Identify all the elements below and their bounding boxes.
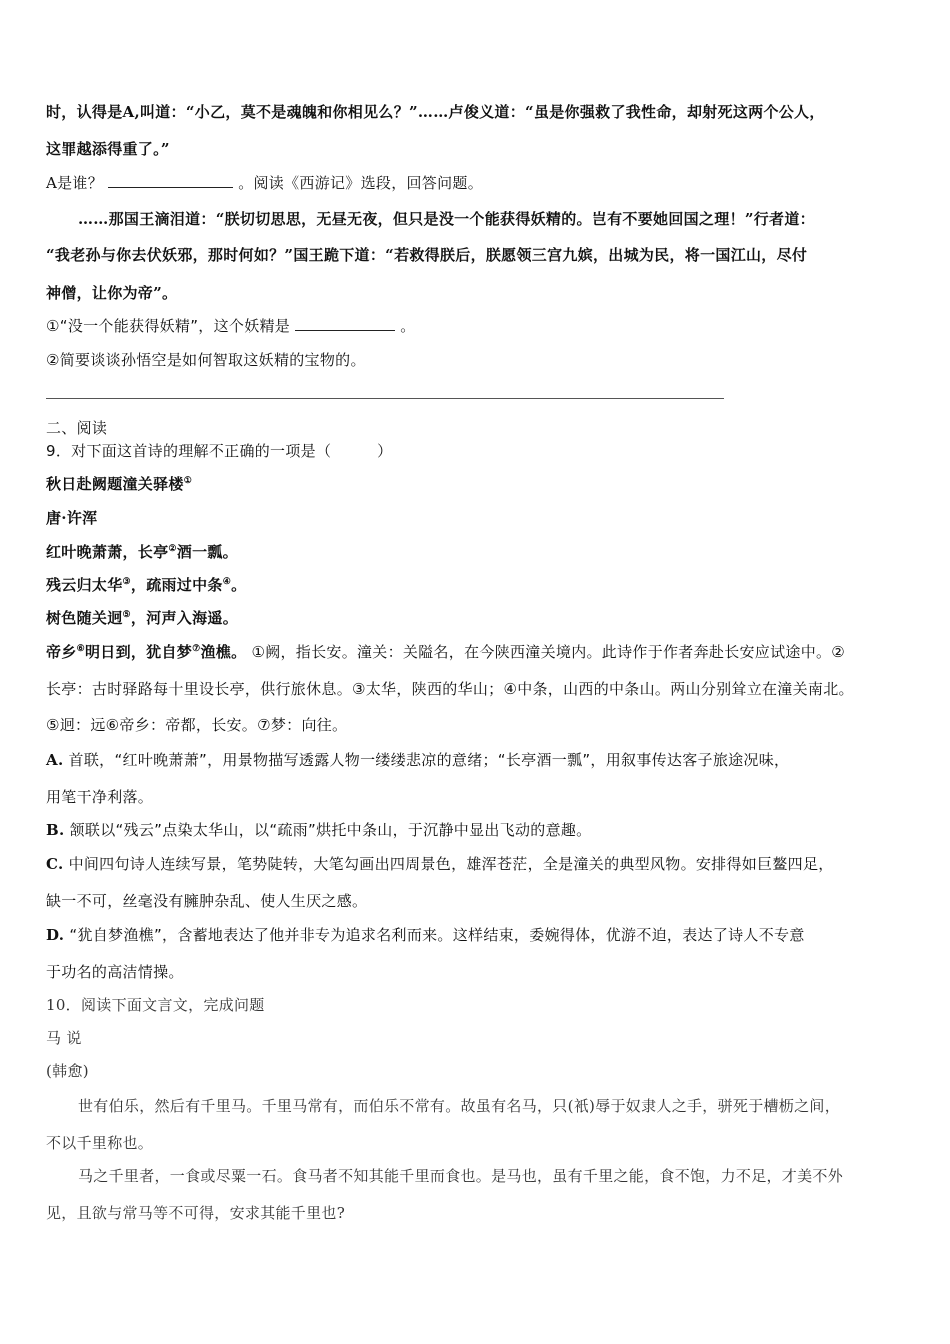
option-c[interactable]: C. 中间四句诗人连续写景，笔势陡转，大笔勾画出四周景色，雄浑苍茫，全是潼关的典… (46, 854, 834, 874)
mashuo-para-2-line-2: 见，且欲与常马等不可得，安求其能千里也? (46, 1203, 345, 1223)
footnote-mark: ④ (223, 577, 231, 587)
verse-text: 明日到，犹自梦 (85, 643, 192, 661)
mashuo-para-1-line-1: 世有伯乐，然后有千里马。千里马常有，而伯乐不常有。故虽有名马，只(衹)辱于奴隶人… (78, 1096, 840, 1116)
verse-text: 酒一瓢。 (177, 543, 238, 561)
poem-title: 秋日赴阙题潼关驿楼① (46, 474, 192, 494)
option-d-continued: 于功名的高洁情操。 (46, 962, 184, 982)
footnote-mark: ⑥ (77, 644, 85, 654)
poem-verse-2: 残云归太华③，疏雨过中条④。 (46, 575, 246, 595)
q9-question: 9．对下面这首诗的理解不正确的一项是（ ） (46, 441, 392, 461)
verse-text: ，河声入海遥。 (131, 609, 238, 627)
option-text: “犹自梦渔樵”，含蓄地表达了他并非专为追求名利而来。这样结束，委婉得体，优游不迫… (69, 926, 804, 944)
poem-verse-1: 红叶晚萧萧，长亭②酒一瓢。 (46, 542, 238, 562)
verse-text: 。 (231, 576, 246, 594)
option-a-continued: 用笔干净利落。 (46, 787, 153, 807)
sub-question-2: ②简要谈谈孙悟空是如何智取这妖精的宝物的。 (46, 350, 366, 370)
sub-question-1-suffix: 。 (400, 317, 415, 335)
section-heading: 二、阅读 (46, 418, 107, 438)
option-label: C. (46, 855, 64, 873)
q8-question-a: A是谁？ 。阅读《西游记》选段，回答问题。 (46, 173, 483, 193)
footnote-mark: ③ (123, 577, 131, 587)
answer-blank-a[interactable] (108, 173, 233, 188)
q10-title: 马 说 (46, 1028, 82, 1048)
option-text: 首联，“红叶晚萧萧”，用景物描写透露人物一缕缕悲凉的意绪；“长亭酒一瓢”，用叙事… (69, 751, 790, 769)
option-label: B. (46, 821, 65, 839)
option-text: 颔联以“残云”点染太华山，以“疏雨”烘托中条山，于沉静中显出飞动的意趣。 (70, 821, 592, 839)
verse-text: 残云归太华 (46, 576, 123, 594)
q10-question: 10．阅读下面文言文，完成问题 (46, 995, 265, 1015)
xiyouji-passage-line-1: ……那国王滴泪道：“朕切切思思，无昼无夜，但只是没一个能获得妖精的。岂有不要她回… (78, 209, 815, 229)
verse-text: 红叶晚萧萧，长亭 (46, 543, 168, 561)
verse-text: 树色随关迥 (46, 609, 123, 627)
option-text: 中间四句诗人连续写景，笔势陡转，大笔勾画出四周景色，雄浑苍茫，全是潼关的典型风物… (69, 855, 834, 873)
footnote-mark: ① (184, 476, 192, 486)
option-c-continued: 缺一不可，丝毫没有臃肿杂乱、使人生厌之感。 (46, 891, 367, 911)
option-d[interactable]: D. “犹自梦渔樵”，含蓄地表达了他并非专为追求名利而来。这样结束，委婉得体，优… (46, 925, 805, 945)
q8-question-a-prefix: A是谁？ (46, 174, 103, 192)
exam-page: 时，认得是A,叫道：“小乙，莫不是魂魄和你相见么？”……卢俊义道：“虽是你强救了… (0, 0, 950, 1344)
sub-question-1: ①“没一个能获得妖精”，这个妖精是 。 (46, 316, 416, 336)
poem-verse-3: 树色随关迥⑤，河声入海遥。 (46, 608, 238, 628)
xiyouji-passage-line-2: “我老孙与你去伏妖邪，那时何如？”国王跪下道：“若救得朕后，朕愿领三宫九嫔，出城… (46, 245, 807, 265)
footnote-mark: ⑤ (123, 610, 131, 620)
option-a[interactable]: A. 首联，“红叶晚萧萧”，用景物描写透露人物一缕缕悲凉的意绪；“长亭酒一瓢”，… (46, 750, 789, 770)
poem-verse-4-and-notes: 帝乡⑥明日到，犹自梦⑦渔樵。 ①阙，指长安。潼关：关隘名，在今陕西潼关境内。此诗… (46, 642, 845, 662)
option-label: D. (46, 926, 64, 944)
verse-text: ，疏雨过中条 (131, 576, 223, 594)
mashuo-para-2-line-1: 马之千里者，一食或尽粟一石。食马者不知其能千里而食也。是马也，虽有千里之能，食不… (78, 1166, 843, 1186)
poem-author: 唐·许浑 (46, 508, 97, 528)
footnote-mark: ② (168, 544, 176, 554)
poem-notes-line-2: 长亭：古时驿路每十里设长亭，供行旅休息。③太华，陕西的华山；④中条，山西的中条山… (46, 679, 854, 699)
poem-notes-line-1: ①阙，指长安。潼关：关隘名，在今陕西潼关境内。此诗作于作者奔赴长安应试途中。② (251, 643, 845, 661)
answer-blank-1[interactable] (295, 316, 395, 331)
q10-author: (韩愈) (46, 1061, 89, 1081)
poem-title-text: 秋日赴阙题潼关驿楼 (46, 475, 184, 493)
option-b[interactable]: B. 颔联以“残云”点染太华山，以“疏雨”烘托中条山，于沉静中显出飞动的意趣。 (46, 820, 591, 840)
verse-text: 渔樵。 (200, 643, 246, 661)
mashuo-para-1-line-2: 不以千里称也。 (46, 1133, 153, 1153)
verse-text: 帝乡 (46, 643, 77, 661)
q8-text-line-1: 时，认得是A,叫道：“小乙，莫不是魂魄和你相见么？”……卢俊义道：“虽是你强救了… (46, 102, 825, 122)
answer-line-2[interactable] (46, 398, 724, 399)
xiyouji-passage-line-3: 神僧，让你为帝”。 (46, 283, 177, 303)
sub-question-1-prefix: ①“没一个能获得妖精”，这个妖精是 (46, 317, 290, 335)
poem-notes-line-3: ⑤迥：远⑥帝乡：帝都，长安。⑦梦：向往。 (46, 715, 347, 735)
q8-text-line-2: 这罪越添得重了。” (46, 139, 170, 159)
q8-question-a-suffix: 。阅读《西游记》选段，回答问题。 (238, 174, 483, 192)
option-label: A. (46, 751, 63, 769)
